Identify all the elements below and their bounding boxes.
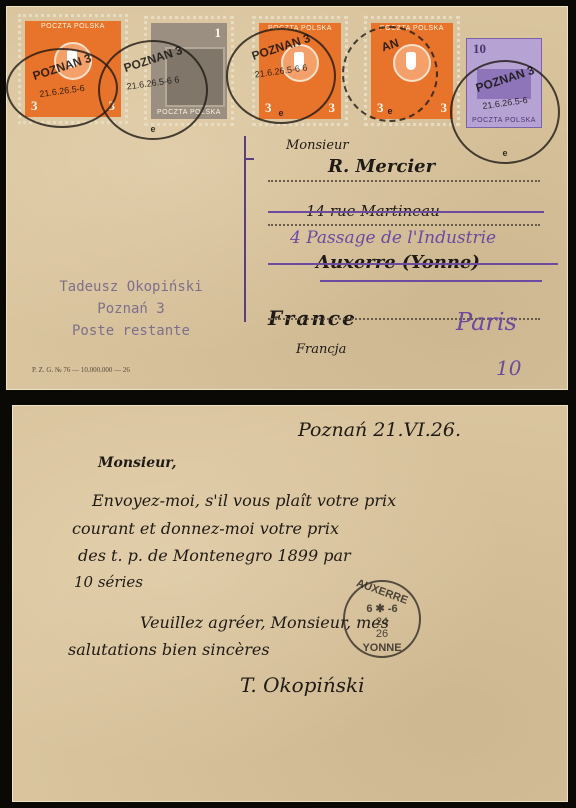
underline: [320, 280, 542, 282]
postmark-auxerre: AUXERRE 6 ✱ -6 24 26 YONNE: [343, 580, 421, 658]
letter-line: 10 séries: [74, 573, 143, 591]
stamp-value: 1: [215, 25, 222, 41]
divider-tick: [244, 158, 254, 160]
stamp-country: POCZTA POLSKA: [25, 23, 121, 30]
postcard-front: POCZTA POLSKA 3 3 POCZTA POLSKA 1 POCZTA…: [6, 6, 568, 390]
sender-name: Tadeusz Okopiński: [16, 276, 246, 298]
signature: T. Okopiński: [240, 673, 365, 697]
postmark-poznan: POZNAN 3 21.6.26.5-6 6 e: [226, 28, 336, 124]
postmark-partial: AN e: [342, 26, 438, 122]
letter-line: Envoyez-moi, s'il vous plaît votre prix: [92, 491, 396, 510]
printer-imprint: P. Z. G. № 76 — 10.000.000 — 26: [32, 366, 130, 374]
sender-city: Poznań 3: [16, 298, 246, 320]
stamp-value: 3: [441, 100, 448, 116]
strike-line: [268, 211, 544, 213]
sender-poste-restante: Poste restante: [16, 320, 246, 342]
letter-salutation: Monsieur,: [98, 455, 177, 471]
address-dotted-line: [268, 180, 540, 182]
address-name: R. Mercier: [328, 156, 435, 177]
redirect-number: 10: [496, 356, 521, 380]
address-country-polish: Francja: [296, 342, 346, 357]
redirect-city: Paris: [456, 308, 517, 336]
postcard-back: Poznań 21.VI.26. Monsieur, Envoyez-moi, …: [12, 405, 568, 802]
letter-line: des t. p. de Montenegro 1899 par: [78, 546, 351, 565]
letter-line: courant et donnez-moi votre prix: [72, 519, 339, 538]
stamp-value: 10: [473, 41, 486, 57]
postmark-poznan: POZNAN 3 21.6.26.5-6 6 e: [98, 40, 208, 140]
strike-line: [268, 263, 558, 265]
postmark-poznan: POZNAN 3 21.6.26.5-6 e: [450, 60, 560, 164]
address-salutation: Monsieur: [286, 138, 349, 153]
letter-date: Poznań 21.VI.26.: [298, 419, 461, 441]
address-redirect: 4 Passage de l'Industrie: [290, 228, 496, 248]
address-dotted-line: [268, 224, 540, 226]
sender-stamp: Tadeusz Okopiński Poznań 3 Poste restant…: [16, 276, 246, 342]
letter-line: salutations bien sincères: [68, 640, 270, 659]
